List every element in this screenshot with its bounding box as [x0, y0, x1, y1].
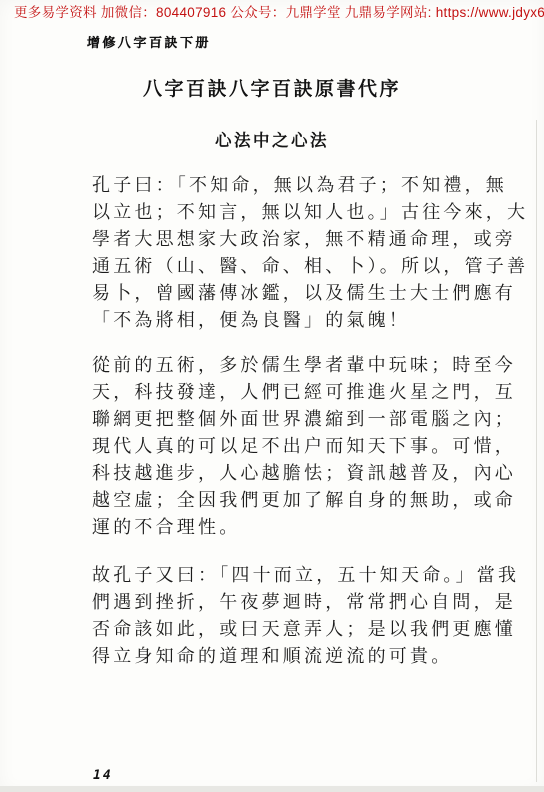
body-paragraph-1: 孔子曰：「不知命，無以為君子；不知禮，無 以立也；不知言，無以知人也。」古往今來…	[92, 172, 532, 334]
page-number: 14	[93, 768, 113, 783]
body-paragraph-3: 故孔子又曰：「四十而立，五十知天命。」當我 們遇到挫折，午夜夢迴時，常常捫心自問…	[92, 562, 532, 670]
running-header-book-title: 增修八字百訣下册	[87, 32, 212, 51]
scanned-book-page: 更多易学资料 加微信：804407916 公众号：九鼎学堂 九鼎易学网站: ht…	[0, 0, 544, 792]
scan-edge-bottom	[0, 786, 544, 792]
promo-watermark-text: 更多易学资料 加微信：804407916 公众号：九鼎学堂 九鼎易学网站: ht…	[14, 4, 538, 22]
scan-edge-line	[536, 120, 537, 782]
section-subtitle: 心法中之心法	[0, 127, 544, 151]
body-paragraph-2: 從前的五術，多於儒生學者輩中玩味；時至今 天，科技發達，人們已經可推進火星之門，…	[92, 352, 532, 541]
page-title: 八字百訣八字百訣原書代序	[0, 74, 544, 101]
